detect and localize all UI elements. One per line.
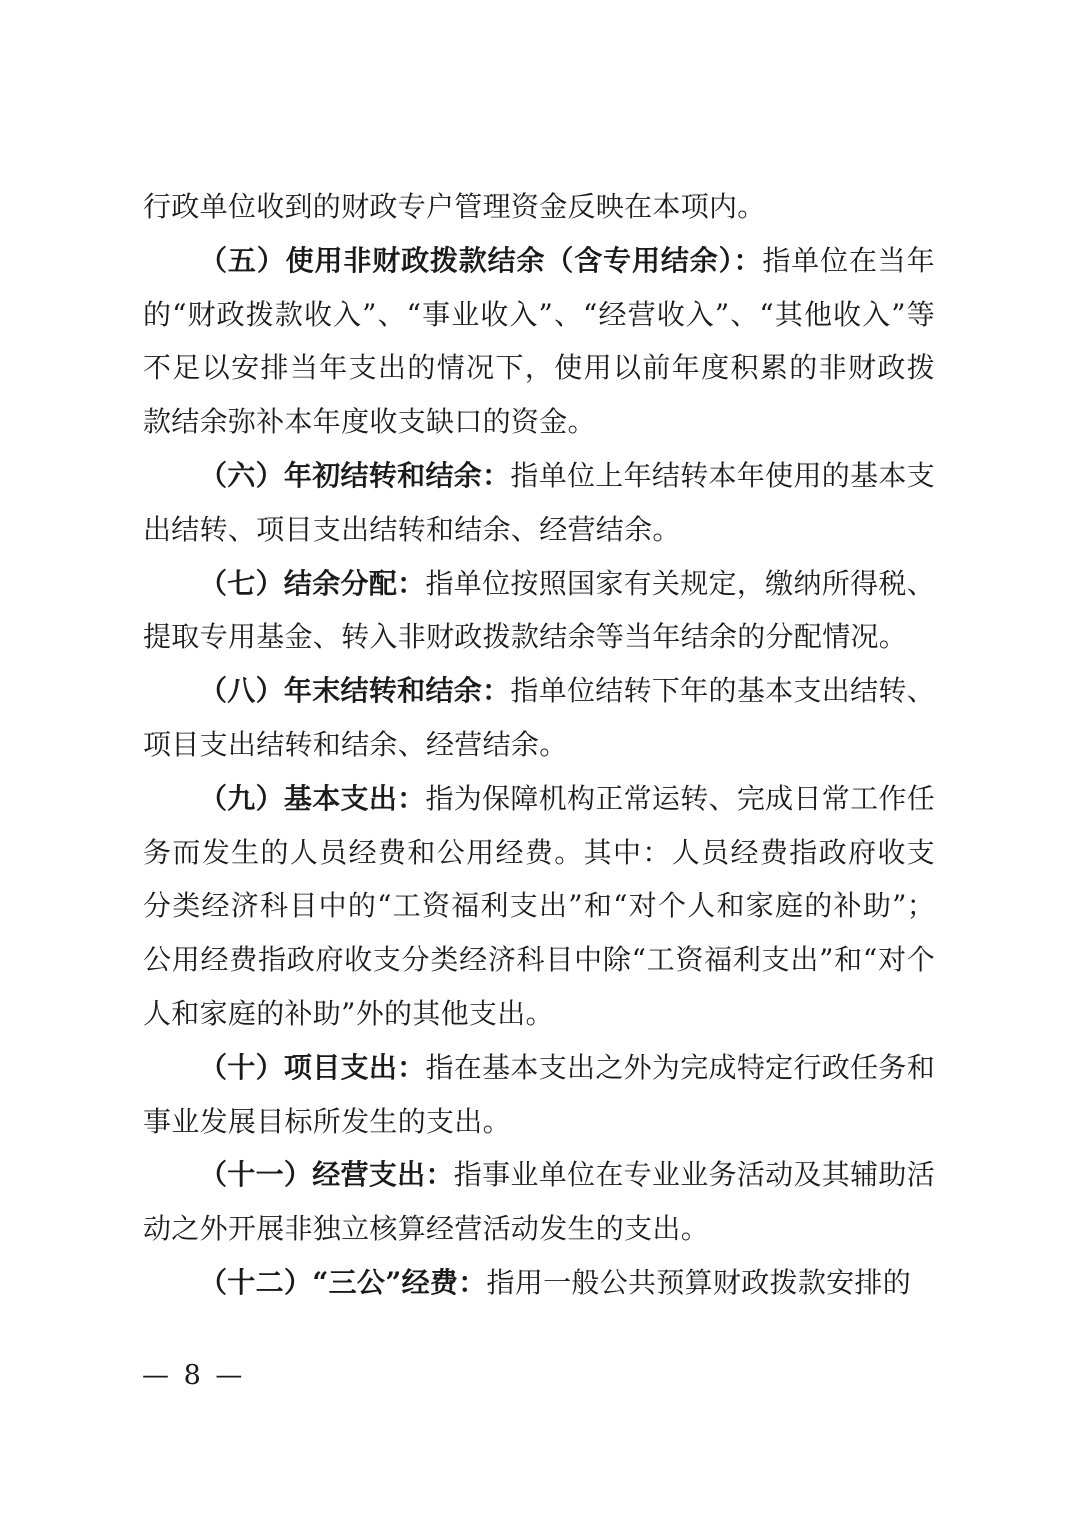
- section-heading: （十二）“三公”经费：: [199, 1266, 487, 1299]
- section-heading: （十）项目支出：: [199, 1051, 425, 1084]
- paragraph: （十二）“三公”经费：指用一般公共预算财政拨款安排的: [143, 1256, 935, 1310]
- section-heading: （六）年初结转和结余：: [199, 459, 510, 492]
- document-page: 行政单位收到的财政专户管理资金反映在本项内。 （五）使用非财政拨款结余（含专用结…: [0, 0, 1075, 1520]
- page-footer: — 8 —: [142, 1360, 245, 1391]
- section-heading: （七）结余分配：: [199, 567, 425, 600]
- section-heading: （九）基本支出：: [199, 782, 425, 815]
- section-heading: （十一）经营支出：: [199, 1158, 454, 1191]
- paragraph: （六）年初结转和结余：指单位上年结转本年使用的基本支出结转、项目支出结转和结余、…: [143, 449, 935, 557]
- paragraph-text: 指用一般公共预算财政拨款安排的: [487, 1266, 912, 1299]
- document-body: 行政单位收到的财政专户管理资金反映在本项内。 （五）使用非财政拨款结余（含专用结…: [143, 180, 935, 1310]
- section-heading: （八）年末结转和结余：: [199, 674, 510, 707]
- paragraph: （五）使用非财政拨款结余（含专用结余）：指单位在当年的“财政拨款收入”、“事业收…: [143, 234, 935, 449]
- paragraph: （十）项目支出：指在基本支出之外为完成特定行政任务和事业发展目标所发生的支出。: [143, 1041, 935, 1149]
- section-heading: （五）使用非财政拨款结余（含专用结余）：: [199, 244, 762, 277]
- paragraph: （八）年末结转和结余：指单位结转下年的基本支出结转、项目支出结转和结余、经营结余…: [143, 664, 935, 772]
- paragraph-text: 行政单位收到的财政专户管理资金反映在本项内。: [143, 190, 766, 223]
- paragraph: （十一）经营支出：指事业单位在专业业务活动及其辅助活动之外开展非独立核算经营活动…: [143, 1148, 935, 1256]
- paragraph: 行政单位收到的财政专户管理资金反映在本项内。: [143, 180, 935, 234]
- page-number: — 8 —: [142, 1360, 245, 1391]
- paragraph-text: 指为保障机构正常运转、完成日常工作任务而发生的人员经费和公用经费。其中：人员经费…: [143, 782, 935, 1030]
- paragraph: （七）结余分配：指单位按照国家有关规定，缴纳所得税、提取专用基金、转入非财政拨款…: [143, 557, 935, 665]
- paragraph: （九）基本支出：指为保障机构正常运转、完成日常工作任务而发生的人员经费和公用经费…: [143, 772, 935, 1041]
